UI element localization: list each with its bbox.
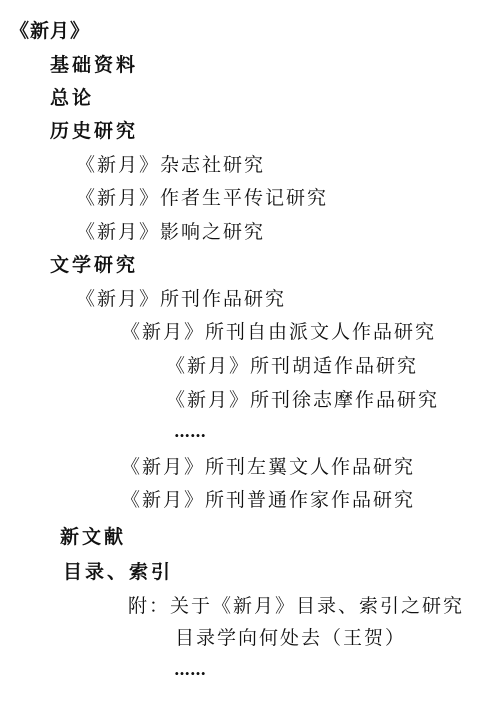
item-leftist-writers-research: 《新月》所刊左翼文人作品研究 xyxy=(121,455,415,479)
item-published-works-research: 《新月》所刊作品研究 xyxy=(76,287,286,311)
item-ordinary-writers-research: 《新月》所刊普通作家作品研究 xyxy=(121,488,415,512)
heading-literature-research: 文学研究 xyxy=(50,253,138,277)
item-liberal-writers-research: 《新月》所刊自由派文人作品研究 xyxy=(121,320,436,344)
item-author-biography-research: 《新月》作者生平传记研究 xyxy=(76,186,328,210)
heading-general-discussion: 总论 xyxy=(50,86,94,110)
heading-history-research: 历史研究 xyxy=(50,119,138,143)
item-appendix-catalog-index-research: 附：关于《新月》目录、索引之研究 xyxy=(128,594,464,618)
item-hu-shi-works-research: 《新月》所刊胡适作品研究 xyxy=(166,354,418,378)
item-wang-he-article: 目录学向何处去（王贺） xyxy=(175,626,406,650)
heading-basic-materials: 基础资料 xyxy=(50,53,138,77)
item-magazine-society-research: 《新月》杂志社研究 xyxy=(76,153,265,177)
ellipsis-2: …… xyxy=(174,658,206,682)
outline-root-title: 《新月》 xyxy=(10,19,90,43)
ellipsis-1: …… xyxy=(174,420,206,444)
heading-catalog-index: 目录、索引 xyxy=(63,560,173,584)
item-xu-zhimo-works-research: 《新月》所刊徐志摩作品研究 xyxy=(166,388,439,412)
heading-new-documents: 新文献 xyxy=(60,525,126,549)
item-influence-research: 《新月》影响之研究 xyxy=(76,220,265,244)
